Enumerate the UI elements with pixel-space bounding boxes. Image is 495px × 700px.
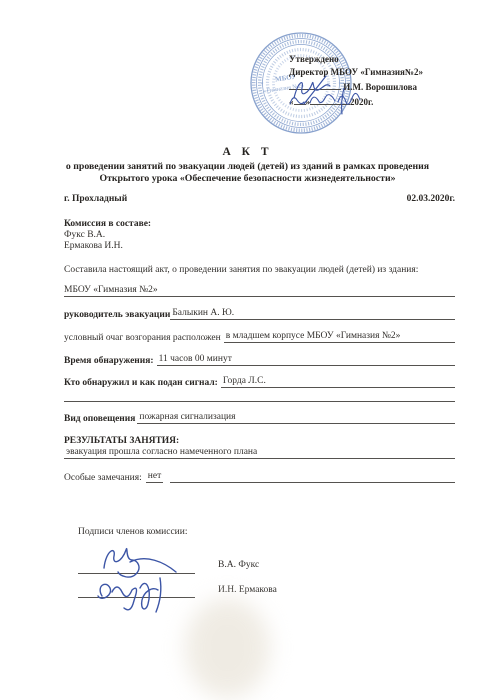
document-subtitle-1: о проведении занятий по эвакуации людей … (40, 161, 455, 173)
city-date-row: г. Прохладный 02.03.2020г. (64, 194, 455, 204)
leader-label: руководитель эвакуации (64, 310, 170, 320)
commission-member: Фукс В.А. (64, 229, 455, 242)
who-label: Кто обнаружил и как подан сигнал: (64, 378, 218, 388)
who-value: Горда Л.С. (221, 376, 268, 388)
evacuation-leader-field: руководитель эвакуацииБалыкин А. Ю. (64, 305, 455, 320)
results-value: эвакуация прошла согласно намеченного пл… (64, 447, 259, 459)
document-title: А К Т (40, 146, 455, 158)
remarks-field: Особые замечания:нет (64, 468, 455, 483)
detection-time-field: Время обнаружения:11 часов 00 минут (64, 351, 455, 366)
date-label: 02.03.2020г. (407, 194, 455, 204)
time-label: Время обнаружения: (64, 356, 154, 366)
results-field: эвакуация прошла согласно намеченного пл… (64, 444, 455, 459)
remarks-value: нет (146, 471, 163, 483)
fire-value: в младшем корпусе МБОУ «Гимназия №2» (224, 331, 403, 343)
intro-text: Составила настоящий акт, о проведении за… (64, 264, 455, 277)
commission-member: Ермакова И.Н. (64, 240, 455, 253)
svg-text:*: * (261, 82, 264, 88)
building-field: МБОУ «Гимназия №2» (64, 282, 455, 297)
notify-label: Вид оповещения (64, 414, 135, 424)
blank-continuation-line (64, 387, 455, 402)
who-detected-field: Кто обнаружил и как подан сигнал:Горда Л… (64, 373, 455, 388)
title-block: А К Т о проведении занятий по эвакуации … (40, 146, 455, 185)
time-value: 11 часов 00 минут (157, 354, 234, 366)
leader-value: Балыкин А. Ю. (170, 308, 236, 320)
building-value: МБОУ «Гимназия №2» (64, 285, 160, 297)
handwritten-date (284, 86, 379, 118)
results-heading: РЕЗУЛЬТАТЫ ЗАНЯТИЯ: (64, 435, 455, 448)
document-subtitle-2: Открытого урока «Обеспечение безопасност… (40, 173, 455, 185)
signer-name: В.А. Фукс (218, 560, 259, 570)
commission-handwritten-signatures (72, 538, 212, 616)
remarks-label: Особые замечания: (64, 473, 142, 483)
approval-approved: Утверждено (289, 53, 461, 66)
notification-type-field: Вид оповещенияпожарная сигнализация (64, 409, 455, 424)
fire-label: условный очаг возгорания расположен (64, 333, 221, 343)
fire-location-field: условный очаг возгорания расположенв мла… (64, 328, 455, 343)
signatures-heading: Подписи членов комиссии: (78, 527, 187, 537)
notify-value: пожарная сигнализация (137, 412, 237, 424)
signer-name: И.Н. Ермакова (218, 585, 277, 595)
commission-heading: Комиссия в составе: (64, 218, 455, 231)
city-label: г. Прохладный (64, 194, 127, 204)
document-page: МБОУ «Гимназия №2» * * Утверждено Директ… (0, 0, 495, 700)
